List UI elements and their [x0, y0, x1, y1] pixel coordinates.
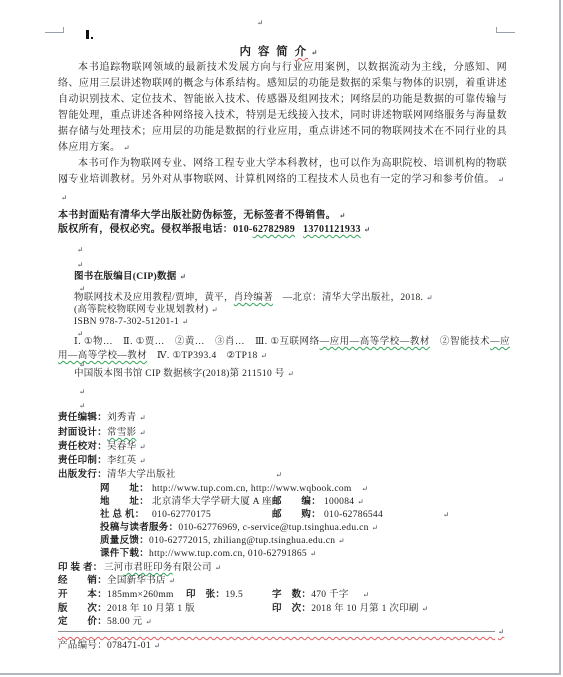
credit-cover-line: 封面设计：常雪影↵	[58, 427, 146, 439]
publisher-label: 出版发行：	[58, 469, 107, 481]
cip-entry-author-marked: 肖玲编著	[234, 293, 273, 303]
content-summary-heading: 内 容 简 介↵	[0, 43, 559, 59]
bold-paragraph-mark	[86, 30, 89, 39]
cip-entry-prefix: 物联网技术及应用教程/贾坤，黄平，	[74, 293, 234, 303]
copyright-text: 版权所有，侵权必究。侵权举报电话：010-	[58, 224, 253, 235]
cip-classification-block: Ⅰ. ①物… Ⅱ. ①贾… ②黄… ③肖… Ⅲ. ①互联网络—应用—高等学校—教…	[58, 336, 510, 363]
pilcrow-mark: ↵	[61, 177, 68, 186]
pilcrow-mark: ↵	[357, 497, 364, 506]
antipiracy-notice-line: 本书封面贴有清华大学出版社防伪标签，无标签者不得销售。↵	[58, 210, 346, 222]
distributor-value: 全国新华书店	[107, 576, 166, 586]
pilcrow-mark: ↵	[79, 387, 86, 396]
pilcrow-mark: ↵	[261, 351, 268, 360]
corner-line	[45, 32, 64, 33]
quality-feedback-value: 010-62772015, zhiliang@tup.tsinghua.edu.…	[149, 536, 335, 546]
website-label: 网 址：	[100, 483, 152, 495]
credit-proofreader-name: 吴春华	[107, 442, 136, 452]
binder-name-marked: 市君旺印务	[124, 563, 173, 573]
credit-cover-name: 常雪影	[107, 428, 136, 438]
pilcrow-mark: ↵	[372, 523, 379, 532]
reader-service-value: 010-62776969, c-service@tup.tsinghua.edu…	[178, 523, 368, 533]
divider-dashes: ————————————————————————————————————————…	[58, 627, 495, 637]
distributor-line: 经 销：全国新华书店↵	[58, 575, 175, 587]
report-phone-2: 13701121933	[303, 224, 361, 235]
pilcrow-mark: ↵	[145, 617, 152, 626]
pilcrow-mark: ↵	[288, 369, 295, 378]
credit-editor-label: 责任编辑：	[58, 412, 107, 424]
document-page: ↵ 内 容 简 介↵ 本书追踪物联网领域的最新技术发展方向与行业应用案例，以数据…	[0, 0, 561, 675]
postcode-item: 邮 编：100084↵	[272, 496, 364, 508]
publisher-website-line: 网 址：http://www.tup.com.cn, http://www.wq…	[100, 483, 368, 495]
mailorder-label: 邮 购：	[272, 509, 324, 521]
address-value: 北京清华大学学研大厦 A 座	[152, 497, 272, 507]
courseware-line: 课件下载：http://www.tup.com.cn, 010-62791865…	[100, 548, 317, 560]
address-label: 地 址：	[100, 496, 152, 508]
cip-record-line: 中国版本图书馆 CIP 数据核字(2018)第 211510 号↵	[74, 368, 294, 380]
product-code-value: 078471-01	[107, 641, 151, 651]
pilcrow-mark: ↵	[211, 305, 218, 314]
pilcrow-mark: ↵	[182, 317, 189, 326]
format-label: 开 本：	[58, 589, 107, 601]
reader-service-label: 投稿与读者服务：	[100, 523, 178, 533]
cip-title: 图书在版编目(CIP)数据↵	[74, 271, 186, 283]
switchboard-value: 010-62770175	[152, 510, 211, 520]
pilcrow-mark: ↵	[169, 576, 176, 585]
pilcrow-mark: ↵	[338, 536, 345, 545]
intro-paragraph-1-text: 本书追踪物联网领域的最新技术发展方向与行业应用案例，以数据流动为主线，分感知、网…	[58, 62, 507, 153]
credit-editor-line: 责任编辑：刘秀青↵	[58, 412, 146, 424]
pilcrow-mark: ↵	[77, 260, 84, 269]
website-value: http://www.tup.com.cn, http://www.wqbook…	[152, 484, 352, 494]
switchboard-line: 社 总 机：010-62770175	[100, 509, 211, 521]
edition-line: 版 次：2018 年 10 月第 1 版	[58, 603, 195, 615]
sheets-label: 印 张：	[186, 590, 225, 600]
isbn-line: ISBN 978-7-302-51201-1↵	[74, 316, 189, 328]
edition-value: 2018 年 10 月第 1 版	[107, 604, 195, 614]
pilcrow-mark: ↵	[139, 413, 146, 422]
copyright-notice-line: 版权所有，侵权必究。侵权举报电话：010-6278298913701121933…	[58, 224, 370, 236]
pilcrow-mark: ↵	[426, 293, 433, 302]
corner-tick	[496, 27, 497, 33]
credit-printer-label: 责任印制：	[58, 455, 107, 467]
credit-editor-name: 刘秀青	[107, 413, 136, 423]
cip-class-marked-1: —应用—高等学校—教材	[320, 337, 430, 347]
postcode-label: 邮 编：	[272, 496, 324, 508]
cip-class-a: Ⅰ. ①物… Ⅱ. ①贾… ②黄… ③肖… Ⅲ. ①互联网络	[74, 337, 320, 347]
text-boundary-corner-topright	[496, 27, 515, 33]
cip-class-b: ②智能技术	[430, 337, 490, 347]
binder-label: 印 装 者：	[58, 562, 104, 574]
empty-line: ↵	[58, 192, 68, 204]
format-value: 185mm×260mm	[107, 590, 174, 600]
switchboard-label: 社 总 机：	[100, 509, 152, 521]
empty-line: ↵	[58, 176, 68, 188]
empty-line: ↵	[76, 400, 86, 412]
binder-name-b: 有限公司	[173, 563, 212, 573]
isbn-text: ISBN 978-7-302-51201-1	[74, 317, 179, 327]
distributor-label: 经 销：	[58, 575, 107, 587]
pilcrow-mark: ↵	[123, 143, 130, 152]
wordcount-item: 字 数：470 千字↵	[272, 589, 369, 601]
intro-paragraph-2-text: 本书可作为物联网专业、网络工程专业大学本科教材，也可以作为高职院校、培训机构的物…	[58, 158, 507, 185]
pilcrow-mark: ↵	[276, 470, 283, 479]
product-code-line: 产品编号：078471-01↵	[58, 640, 160, 652]
quality-feedback-line: 质量反馈：010-62772015, zhiliang@tup.tsinghua…	[100, 535, 345, 547]
sheets-item: 印 张：19.5	[186, 589, 243, 601]
binder-line: 印 装 者：三河市君旺印务有限公司↵	[58, 562, 221, 574]
publisher-line: 出版发行：清华大学出版社↵	[58, 469, 282, 481]
intro-paragraph-2: 本书可作为物联网专业、网络工程专业大学本科教材，也可以作为高职院校、培训机构的物…	[58, 156, 507, 188]
empty-line: ↵	[76, 386, 86, 398]
pilcrow-mark: ↵	[498, 627, 504, 636]
courseware-label: 课件下载：	[100, 549, 149, 559]
corner-line	[496, 32, 515, 33]
reader-service-line: 投稿与读者服务：010-62776969, c-service@tup.tsin…	[100, 522, 378, 534]
format-line: 开 本：185mm×260mm	[58, 589, 174, 601]
cip-series-line: (高等院校物联网专业规划教材)↵	[74, 304, 218, 316]
credit-printer-name: 李红英	[107, 456, 136, 466]
wordcount-value: 470 千字	[311, 590, 348, 600]
binder-name-a: 三河	[104, 563, 124, 573]
pilcrow-mark: ↵	[498, 175, 505, 184]
pilcrow-mark: ↵	[139, 428, 146, 437]
publisher-address-line: 地 址：北京清华大学学研大厦 A 座	[100, 496, 272, 508]
cip-entry-line: 物联网技术及应用教程/贾坤，黄平，肖玲编著 —北京：清华大学出版社，2018.↵	[74, 292, 433, 304]
credit-proofreader-label: 责任校对：	[58, 441, 107, 453]
credit-cover-label: 封面设计：	[58, 427, 107, 439]
credit-proofreader-line: 责任校对：吴春华↵	[58, 441, 146, 453]
mailorder-item: 邮 购：010-62786544↵	[272, 509, 450, 521]
pilcrow-mark: ↵	[139, 456, 146, 465]
pilcrow-mark: ↵	[339, 211, 346, 220]
cip-title-text: 图书在版编目(CIP)数据	[74, 272, 177, 282]
pilcrow-mark: ↵	[364, 225, 371, 234]
pilcrow-mark: ↵	[310, 549, 317, 558]
empty-line: ↵	[74, 259, 84, 271]
pilcrow-mark: ↵	[422, 604, 429, 613]
pilcrow-mark: ↵	[139, 442, 146, 451]
intro-paragraph-1: 本书追踪物联网领域的最新技术发展方向与行业应用案例，以数据流动为主线，分感知、网…	[58, 60, 507, 156]
pilcrow-mark: ↵	[362, 484, 369, 493]
pilcrow-mark: ↵	[77, 245, 84, 254]
quality-feedback-label: 质量反馈：	[100, 536, 149, 546]
impression-label: 印 次：	[272, 604, 311, 614]
report-phone-1: 62782989	[253, 224, 295, 235]
cip-entry-suffix: —北京：清华大学出版社，2018.	[273, 293, 423, 303]
empty-line: ↵	[254, 17, 264, 29]
cip-record-text: 中国版本图书馆 CIP 数据核字(2018)第 211510 号	[74, 369, 285, 379]
postcode-value: 100084	[324, 497, 354, 507]
text-boundary-corner-topleft	[45, 27, 64, 33]
cip-series-text: (高等院校物联网专业规划教材)	[74, 305, 208, 315]
product-code-label: 产品编号：	[58, 641, 107, 651]
impression-value: 2018 年 10 月第 1 次印刷	[311, 604, 419, 614]
antipiracy-text: 本书封面贴有清华大学出版社防伪标签，无标签者不得销售。	[58, 210, 336, 221]
sheets-value: 19.5	[225, 590, 243, 600]
cip-class-c: Ⅳ. ①TP393.4 ②TP18	[147, 351, 258, 361]
pilcrow-mark: ↵	[215, 563, 222, 572]
corner-tick	[63, 27, 64, 33]
credit-printer-line: 责任印制：李红英↵	[58, 455, 146, 467]
pilcrow-mark: ↵	[363, 590, 370, 599]
empty-line: ↵	[74, 244, 84, 256]
publisher-name: 清华大学出版社	[107, 470, 176, 480]
heading-text: 内 容 简	[240, 46, 295, 58]
wordcount-label: 字 数：	[272, 590, 311, 600]
pilcrow-mark: ↵	[443, 510, 450, 519]
courseware-value: http://www.tup.com.cn, 010-62791865	[149, 549, 307, 559]
edition-label: 版 次：	[58, 603, 107, 615]
intro-block: 本书追踪物联网领域的最新技术发展方向与行业应用案例，以数据流动为主线，分感知、网…	[58, 60, 507, 188]
mailorder-value: 010-62786544	[324, 510, 383, 520]
pilcrow-mark: ↵	[180, 272, 187, 281]
pilcrow-mark: ↵	[311, 48, 319, 57]
pilcrow-mark: ↵	[257, 18, 264, 27]
footer-divider-line: ————————————————————————————————————————…	[58, 626, 504, 638]
heading-text-spellchecked: 介	[295, 46, 309, 58]
pilcrow-mark: ↵	[61, 193, 68, 202]
pilcrow-mark: ↵	[154, 641, 161, 650]
pilcrow-mark: ↵	[79, 401, 86, 410]
impression-item: 印 次：2018 年 10 月第 1 次印刷↵	[272, 603, 428, 615]
